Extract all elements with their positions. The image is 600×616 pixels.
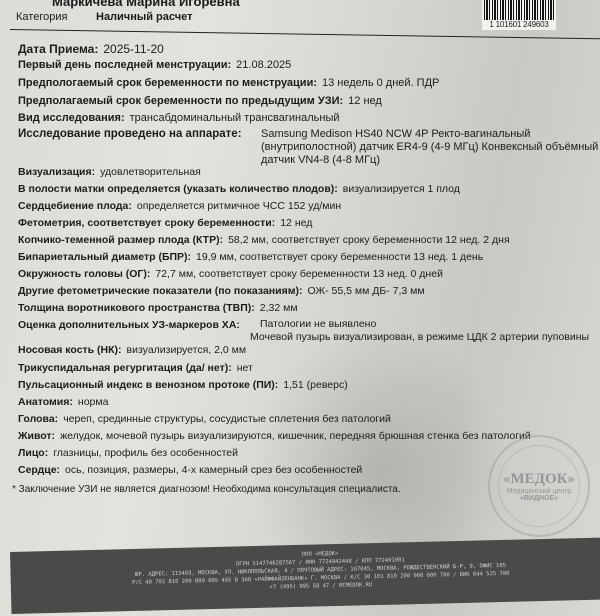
field-fetus-count: В полости матки определяется (указать ко… <box>18 183 460 195</box>
field-other-fetometry: Другие фетометрические показатели (по по… <box>18 285 425 297</box>
barcode-number: 1 101601 249603 <box>482 20 556 29</box>
field-heart: Сердце:ось, позиция, размеры, 4-х камерн… <box>18 464 362 476</box>
patient-name: Маркичева Марина Игоревна <box>52 0 240 9</box>
clinic-stamp: «МЕДОК» Медицинский центр «ВИДНОЕ» <box>488 435 590 537</box>
field-device: Исследование проведено на аппарате: <box>18 128 242 140</box>
field-head-circumference: Окружность головы (ОГ):72,7 мм, соответс… <box>18 268 443 280</box>
field-chromosomal-markers: Оценка дополнительных УЗ-маркеров ХА: <box>18 319 240 331</box>
field-nt: Толщина воротникового пространства (ТВП)… <box>18 302 298 314</box>
header-divider <box>10 29 600 39</box>
field-chromosomal-markers-value: Патологии не выявлено Мочевой пузырь виз… <box>260 318 589 344</box>
field-abdomen: Живот:желудок, мочевой пузырь визуализир… <box>18 430 531 442</box>
field-term-by-menstruation: Предпологаемый срок беременности по менс… <box>18 77 439 89</box>
field-head: Голова:череп, срединные структуры, сосуд… <box>18 413 391 425</box>
category-label: Категория <box>16 11 96 23</box>
field-heartbeat: Сердцебиение плода:определяется ритмично… <box>18 200 341 212</box>
field-ductus-pi: Пульсационный индекс в венозном протоке … <box>18 379 348 391</box>
field-last-menstruation: Первый день последней менструации:21.08.… <box>18 59 291 71</box>
field-visit-date: Дата Приема:2025-11-20 <box>18 42 164 56</box>
document-page: Маркичева Марина Игоревна Категория Нали… <box>0 0 600 616</box>
field-tricuspid: Трикуспидальная регургитация (да/ нет):н… <box>18 362 253 374</box>
payment-type: Наличный расчет <box>96 11 192 23</box>
field-device-value: Samsung Medison HS40 NCW 4P Ректо-вагина… <box>261 128 598 167</box>
footer-requisites: ООО «МЕДОК» ОГРН 5147746287567 / ИНН 772… <box>10 537 600 614</box>
field-anatomy: Анатомия:норма <box>18 396 108 408</box>
field-term-by-previous-us: Предполагаемый срок беременности по пред… <box>18 95 382 107</box>
field-nasal-bone: Носовая кость (НК):визуализируется, 2,0 … <box>18 344 246 356</box>
field-exam-type: Вид исследования:трансабдоминальный тран… <box>18 112 340 124</box>
barcode-bars-icon <box>484 0 554 20</box>
field-face: Лицо:глазницы, профиль без особенностей <box>18 447 238 459</box>
barcode: 1 101601 249603 <box>482 0 556 30</box>
field-visualization: Визуализация:удовлетворительная <box>18 166 201 178</box>
field-bpd: Бипариетальный диаметр (БПР):19,9 мм, со… <box>18 251 483 263</box>
field-crl: Копчико-теменной размер плода (КТР):58,2… <box>18 234 510 246</box>
header-row: Категория Наличный расчет <box>16 11 192 23</box>
disclaimer: * Заключение УЗИ не является диагнозом! … <box>12 484 401 495</box>
field-fetometry: Фетометрия, соответствует сроку беременн… <box>18 217 312 229</box>
